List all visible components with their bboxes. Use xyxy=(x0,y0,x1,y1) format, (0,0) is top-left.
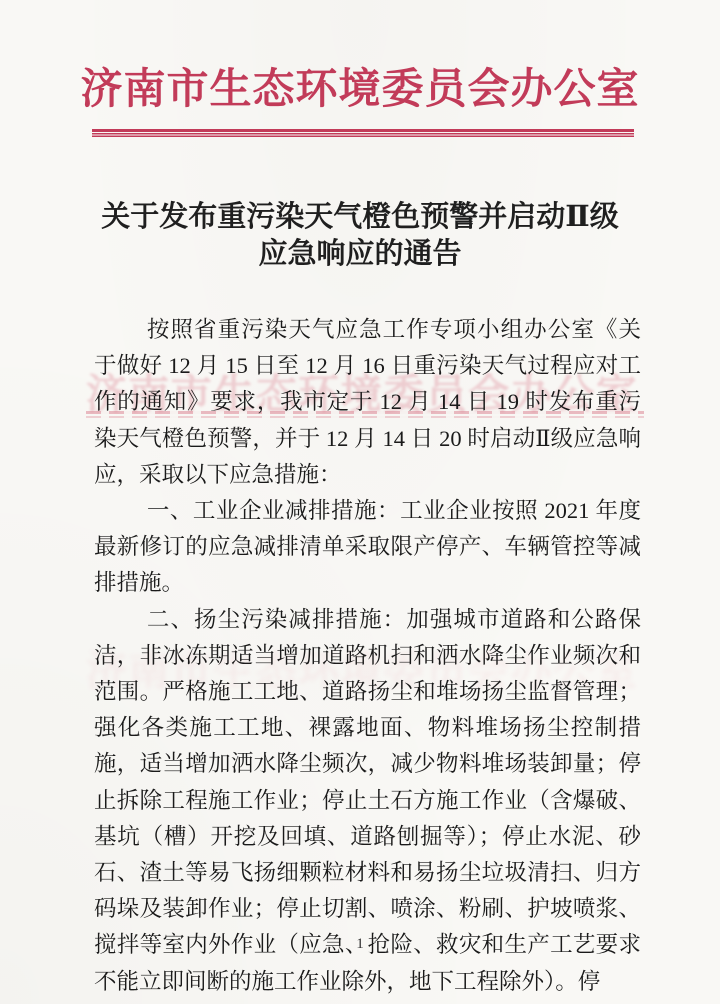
paragraph-industrial-measures: 一、工业企业减排措施：工业企业按照 2021 年度最新修订的应急减排清单采取限产… xyxy=(94,493,641,602)
paragraph-dust-measures: 二、扬尘污染减排措施：加强城市道路和公路保洁，非冰冻期适当增加道路机扫和洒水降尘… xyxy=(94,602,641,1000)
document-title: 关于发布重污染天气橙色预警并启动Ⅱ级 应急响应的通告 xyxy=(50,199,670,273)
document-body: 按照省重污染天气应急工作专项小组办公室《关于做好 12 月 15 日至 12 月… xyxy=(94,312,641,1000)
document-page: 济南市生态环境委员会办公室 关于发布重污染天气橙色预警并启动Ⅱ级 应急响应的通告… xyxy=(0,0,720,1004)
document-title-line-1: 关于发布重污染天气橙色预警并启动Ⅱ级 xyxy=(50,199,670,236)
paragraph-intro: 按照省重污染天气应急工作专项小组办公室《关于做好 12 月 15 日至 12 月… xyxy=(94,312,641,493)
letterhead-divider-rule xyxy=(92,129,634,137)
document-title-line-2: 应急响应的通告 xyxy=(50,236,670,273)
letterhead-office-name: 济南市生态环境委员会办公室 xyxy=(0,64,720,116)
